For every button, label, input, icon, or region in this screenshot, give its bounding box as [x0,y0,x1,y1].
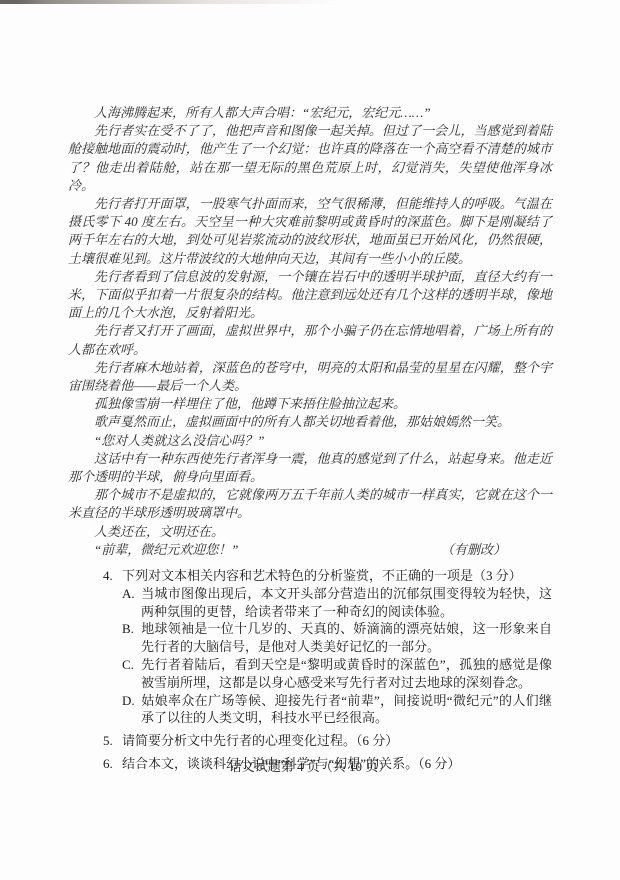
option-label: B. [122,620,141,638]
passage-paragraph: 那个城市不是虚拟的，它就像两万五千年前人类的城市一样真实，它就在这个一米直径的半… [68,486,552,522]
reading-passage: 人海沸腾起来，所有人都大声合唱：“宏纪元，宏纪元……”先行者实在受不了了，他把声… [68,104,552,541]
passage-paragraph: 先行者打开面罩，一股寒气扑面而来，空气很稀薄，但能维持人的呼吸。气温在摄氏零下 … [68,195,552,268]
passage-closing-line: “前辈，微纪元欢迎您！” （有删改） [68,541,552,559]
passage-paragraph: 人海沸腾起来，所有人都大声合唱：“宏纪元，宏纪元……” [68,104,552,122]
passage-paragraph: 这话中有一种东西使先行者浑身一震，他真的感觉到了什么，站起身来。他走近那个透明的… [68,450,552,486]
passage-paragraph: 先行者看到了信息波的发射源，一个镶在岩石中的透明半球护面，直径大约有一米，下面似… [68,268,552,323]
passage-paragraph: 孤独像雪崩一样埋住了他，他蹲下来捂住脸抽泣起来。 [68,395,552,413]
scan-artifact-top-edge [0,0,335,4]
option-item: A.当城市图像出现后，本文开头部分营造出的沉郁氛围变得较为轻快，这两种氛围的更替… [122,585,552,621]
option-text: 姑娘率众在广场等候、迎接先行者“前辈”，间接说明“微纪元”的人们继承了以往的人类… [141,693,552,726]
closing-quote: “前辈，微纪元欢迎您！” [94,542,238,557]
option-text: 地球领袖是一位十几岁的、天真的、娇滴滴的漂亮姑娘，这一形象来自先行者的大脑信号，… [141,621,552,654]
option-item: C.先行者着陆后，看到天空是“黎明或黄昏时的深蓝色”，孤独的感觉是像被雪崩所埋，… [122,656,552,692]
question-text: 请简要分析文中先行者的心理变化过程。（6 分） [122,733,398,748]
passage-paragraph: “您对人类就这么没信心吗？” [68,432,552,450]
text-block: 人海沸腾起来，所有人都大声合唱：“宏纪元，宏纪元……”先行者实在受不了了，他把声… [68,104,552,773]
option-item: D.姑娘率众在广场等候、迎接先行者“前辈”，间接说明“微纪元”的人们继承了以往的… [122,692,552,728]
source-note: （有删改） [441,541,506,559]
option-label: A. [122,585,141,603]
question-item: 5.请简要分析文中先行者的心理变化过程。（6 分） [103,732,552,750]
exam-page: 人海沸腾起来，所有人都大声合唱：“宏纪元，宏纪元……”先行者实在受不了了，他把声… [0,0,620,880]
passage-paragraph: 歌声戛然而止，虚拟画面中的所有人都关切地看着他，那姑娘嫣然一笑。 [68,413,552,431]
option-item: B.地球领袖是一位十几岁的、天真的、娇滴滴的漂亮姑娘，这一形象来自先行者的大脑信… [122,620,552,656]
option-text: 当城市图像出现后，本文开头部分营造出的沉郁氛围变得较为轻快，这两种氛围的更替，给… [141,586,552,619]
passage-paragraph: 先行者麻木地站着，深蓝色的苍穹中，明亮的太阳和晶莹的星星在闪耀，整个宇宙围绕着他… [68,359,552,395]
questions-section: 4.下列对文本相关内容和艺术特色的分析鉴赏，不正确的一项是（3 分）A.当城市图… [68,567,552,773]
question-number: 4. [103,567,122,585]
question-text: 下列对文本相关内容和艺术特色的分析鉴赏，不正确的一项是（3 分） [122,568,522,583]
passage-paragraph: 人类还在，文明还在。 [68,523,552,541]
option-label: D. [122,692,141,710]
passage-paragraph: 先行者又打开了画面，虚拟世界中，那个小骗子仍在忘情地唱着，广场上所有的人都在欢呼… [68,322,552,358]
page-footer: 语文试题第 4 页（共 10 页） [0,756,620,775]
option-text: 先行者着陆后，看到天空是“黎明或黄昏时的深蓝色”，孤独的感觉是像被雪崩所埋，这都… [141,657,552,690]
question-number: 5. [103,732,122,750]
passage-paragraph: 先行者实在受不了了，他把声音和图像一起关掉。但过了一会儿，当感觉到着陆舱接触地面… [68,122,552,195]
option-label: C. [122,656,141,674]
question-item: 4.下列对文本相关内容和艺术特色的分析鉴赏，不正确的一项是（3 分） [103,567,552,585]
